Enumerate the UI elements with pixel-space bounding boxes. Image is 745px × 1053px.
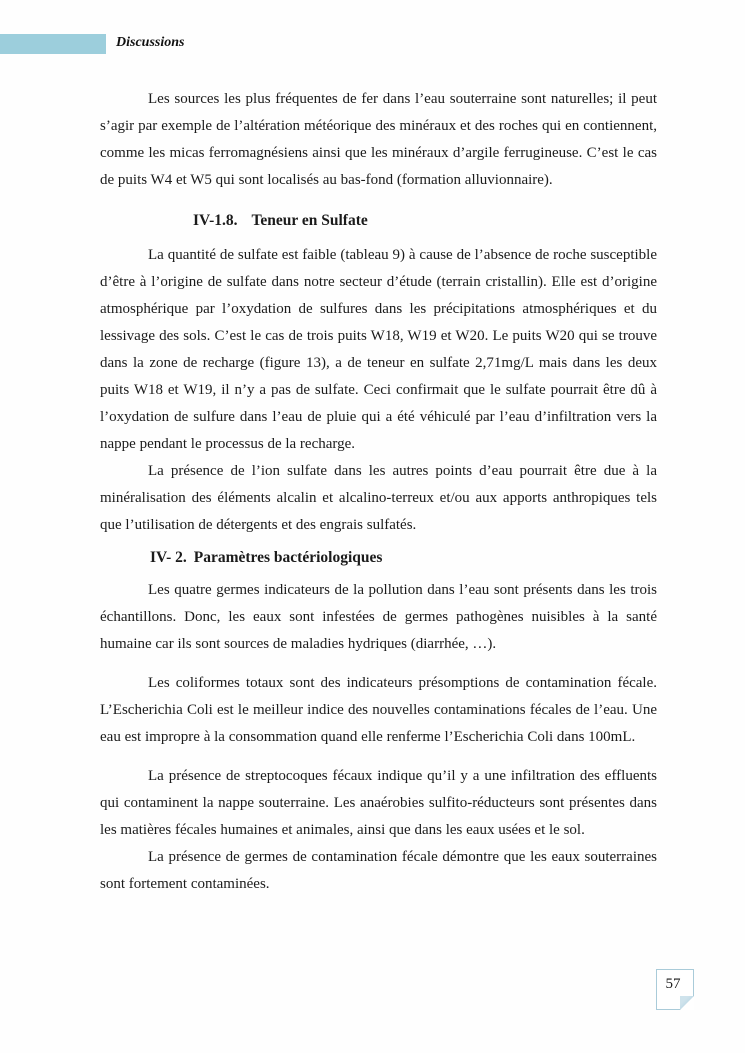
paragraph-conclusion-contamination: La présence de germes de contamination f… xyxy=(100,844,657,898)
section-number: IV- 2. xyxy=(150,549,187,566)
page-number-box: 57 xyxy=(656,969,694,1010)
section-number: IV-1.8. xyxy=(193,212,238,229)
section-heading-bacteriologique: IV- 2.Paramètres bactériologiques xyxy=(100,544,657,571)
paragraph-sulfate-origin: La quantité de sulfate est faible (table… xyxy=(100,242,657,458)
section-title: Teneur en Sulfate xyxy=(252,212,368,229)
paragraph-germes-indicateurs: Les quatre germes indicateurs de la poll… xyxy=(100,577,657,658)
section-heading-sulfate: IV-1.8.Teneur en Sulfate xyxy=(100,207,657,234)
page-number: 57 xyxy=(657,974,689,994)
paragraph-sulfate-ion: La présence de l’ion sulfate dans les au… xyxy=(100,458,657,539)
paragraph-iron-sources: Les sources les plus fréquentes de fer d… xyxy=(100,86,657,194)
section-title: Paramètres bactériologiques xyxy=(194,549,383,566)
header-accent-bar xyxy=(0,34,106,54)
paragraph-streptocoques: La présence de streptocoques fécaux indi… xyxy=(100,763,657,844)
running-header-title: Discussions xyxy=(116,35,184,51)
page-corner-fold-icon xyxy=(680,996,694,1010)
document-body: Les sources les plus fréquentes de fer d… xyxy=(100,86,657,898)
document-page: Discussions Les sources les plus fréquen… xyxy=(0,0,745,1053)
paragraph-coliformes: Les coliformes totaux sont des indicateu… xyxy=(100,670,657,751)
